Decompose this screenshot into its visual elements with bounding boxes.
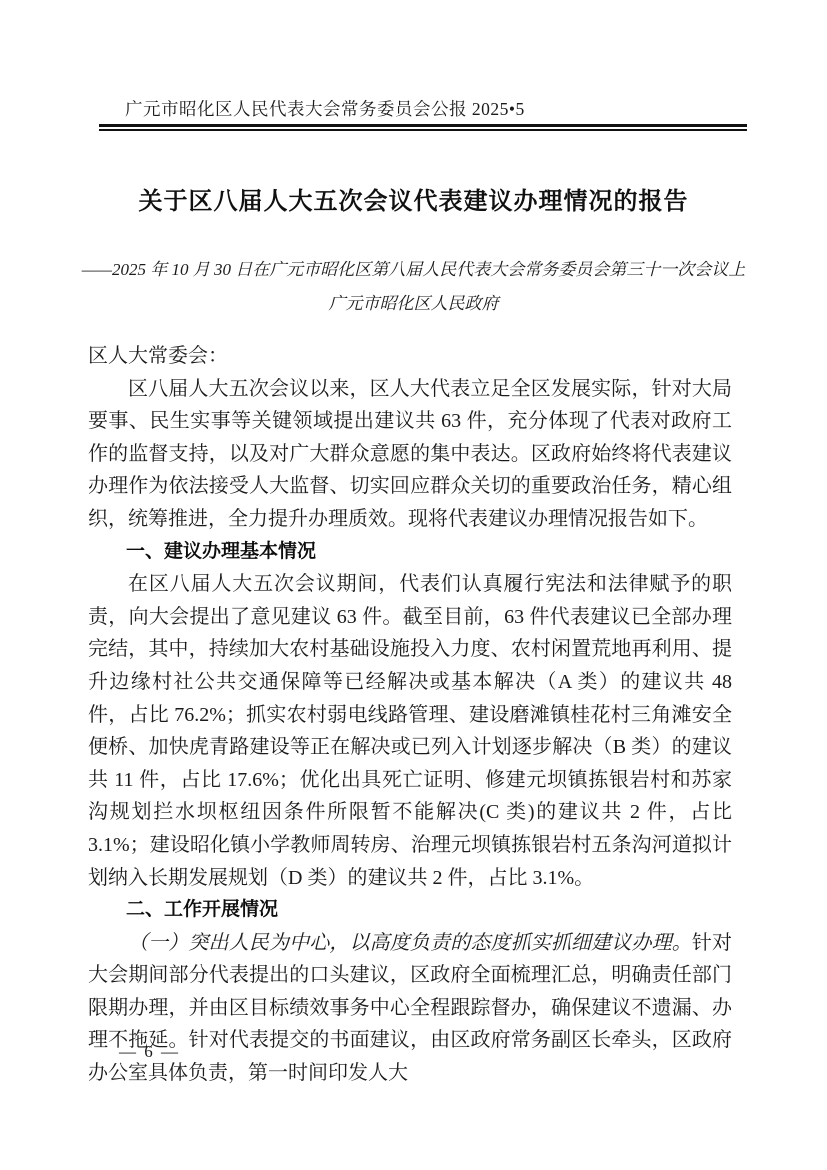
document-body: 区人大常委会： 区八届人大五次会议以来，区人大代表立足全区发展实际，针对大局要事… — [88, 340, 732, 1090]
page-title: 关于区八届人大五次会议代表建议办理情况的报告 — [88, 181, 739, 216]
document-page: 广元市昭化区人民代表大会常务委员会公报 2025•5 关于区八届人大五次会议代表… — [0, 0, 827, 1170]
header-double-rule — [99, 124, 747, 131]
salutation: 区人大常委会： — [88, 340, 732, 373]
paragraph-intro: 区八届人大五次会议以来，区人大代表立足全区发展实际，针对大局要事、民生实事等关键… — [88, 373, 732, 536]
masthead-title: 广元市昭化区人民代表大会常务委员会公报 2025•5 — [125, 96, 525, 121]
subtitle-meeting-line: ——2025 年 10 月 30 日在广元市昭化区第八届人民代表大会常务委员会第… — [60, 255, 767, 280]
section-heading-1: 一、建议办理基本情况 — [88, 536, 732, 569]
footer-page-number: — 6 — — [119, 1042, 180, 1062]
paragraph-work-item-1: （一）突出人民为中心，以高度负责的态度抓实抓细建议办理。针对大会期间部分代表提出… — [88, 927, 732, 1090]
paragraph-statistics: 在区八届人大五次会议期间，代表们认真履行宪法和法律赋予的职责，向大会提出了意见建… — [88, 568, 732, 894]
section-heading-2: 二、工作开展情况 — [88, 894, 732, 927]
paragraph-lead-emphasis: （一）突出人民为中心，以高度负责的态度抓实抓细建议办理。 — [128, 932, 692, 954]
subtitle-author-line: 广元市昭化区人民政府 — [88, 289, 739, 314]
paragraph-lead-rest: 针对大会期间部分代表提出的口头建议，区政府全面梳理汇总，明确责任部门限期办理，并… — [88, 932, 732, 1084]
